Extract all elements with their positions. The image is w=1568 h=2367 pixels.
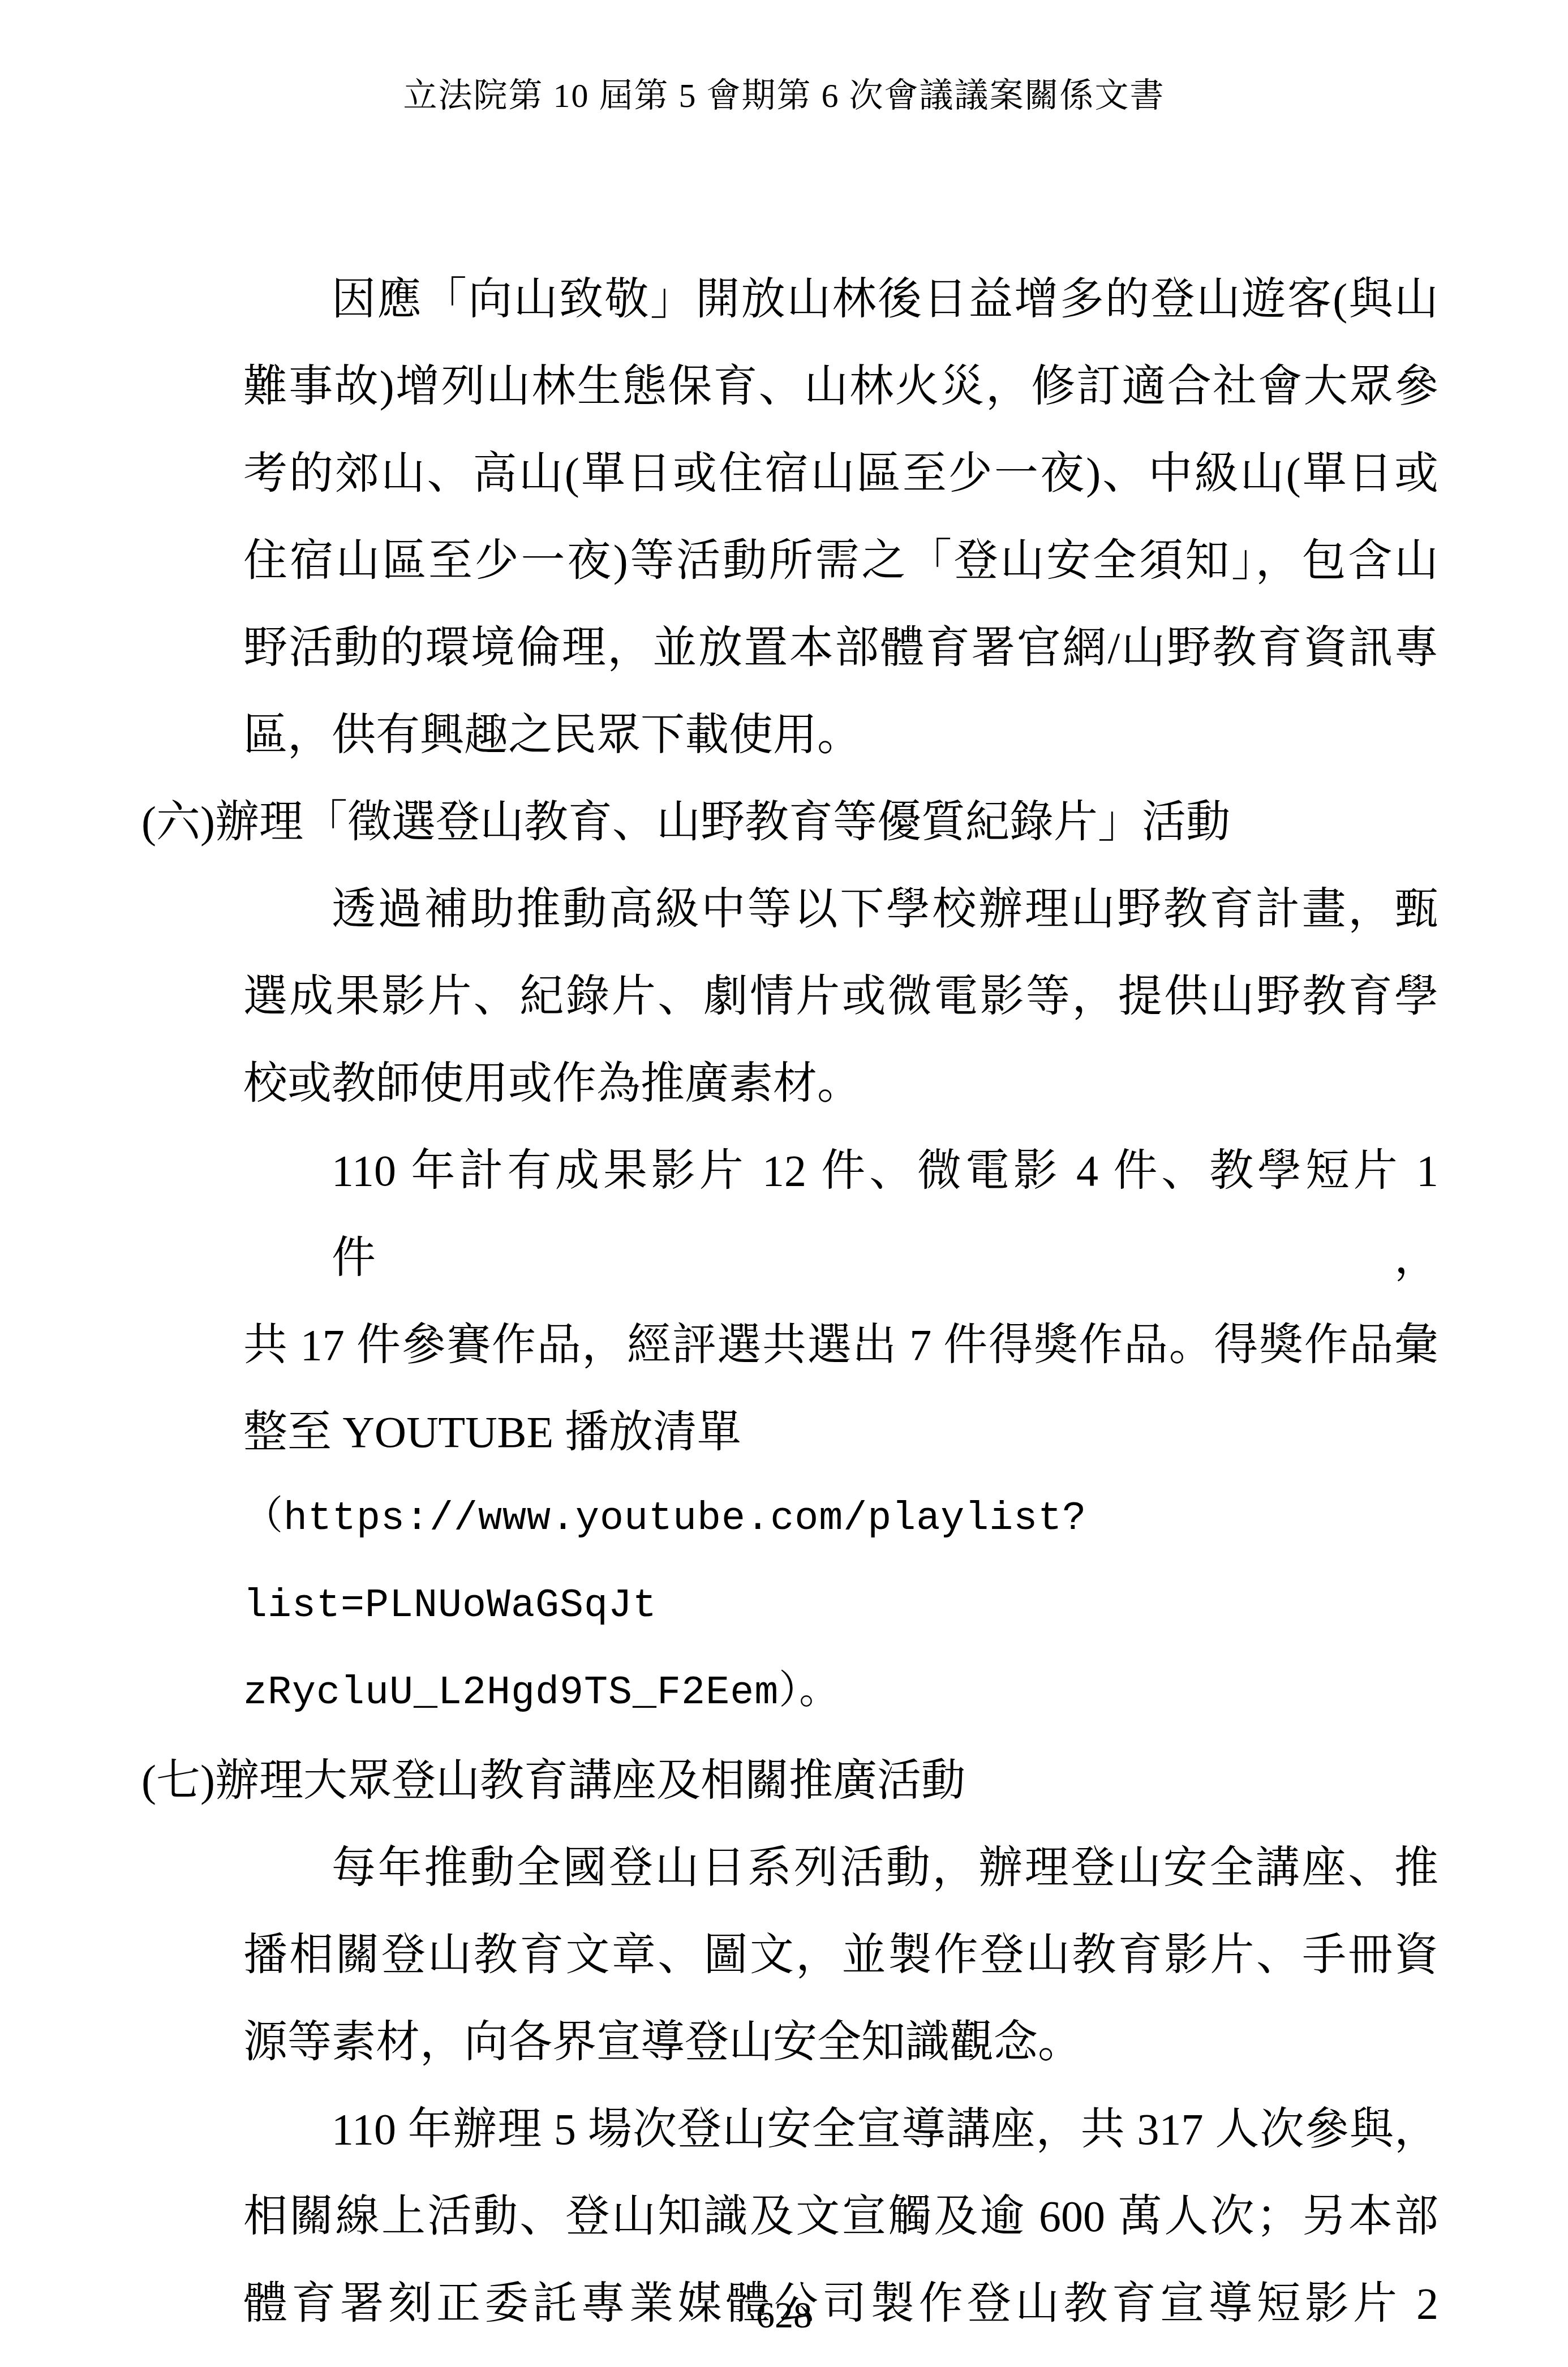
- scanned-document-page: { "header": { "title": "立法院第 10 屆第 5 會期第…: [0, 0, 1568, 2367]
- text-line: 選成果影片、紀錄片、劇情片或微電影等，提供山野教育學: [243, 953, 1438, 1040]
- section-heading-7: (七)辦理大眾登山教育講座及相關推廣活動: [141, 1737, 1438, 1824]
- text-line: 區，供有興趣之民眾下載使用。: [243, 691, 1438, 779]
- text-line: 住宿山區至少一夜)等活動所需之「登山安全須知」，包含山: [243, 517, 1438, 604]
- text-line: 因應「向山致敬」開放山林後日益增多的登山遊客(與山: [243, 256, 1438, 343]
- document-body: 因應「向山致敬」開放山林後日益增多的登山遊客(與山 難事故)增列山林生態保育、山…: [243, 256, 1438, 2347]
- text-line: 110 年計有成果影片 12 件、微電影 4 件、教學短片 1 件，: [243, 1127, 1438, 1301]
- text-line: 透過補助推動高級中等以下學校辦理山野教育計畫，甄: [243, 866, 1438, 953]
- text-line: 整至 YOUTUBE 播放清單: [243, 1389, 1438, 1476]
- text-line: 考的郊山、高山(單日或住宿山區至少一夜)、中級山(單日或: [243, 430, 1438, 517]
- text-line: 110 年辦理 5 場次登山安全宣導講座，共 317 人次參與，: [243, 2086, 1438, 2173]
- text-line: 相關線上活動、登山知識及文宣觸及逾 600 萬人次；另本部: [243, 2173, 1438, 2260]
- section-heading-6: (六)辦理「徵選登山教育、山野教育等優質紀錄片」活動: [141, 779, 1438, 866]
- text-line: 源等素材，向各界宣導登山安全知識觀念。: [243, 1999, 1438, 2086]
- page-number: 628: [0, 2293, 1568, 2338]
- text-line: 共 17 件參賽作品，經評選共選出 7 件得獎作品。得獎作品彙: [243, 1301, 1438, 1389]
- url-line: zRycluU_L2Hgd9TS_F2Eem）。: [243, 1650, 1438, 1737]
- document-header-title: 立法院第 10 屆第 5 會期第 6 次會議議案關係文書: [0, 75, 1568, 117]
- text-line: 難事故)增列山林生態保育、山林火災，修訂適合社會大眾參: [243, 343, 1438, 430]
- text-line: 播相關登山教育文章、圖文，並製作登山教育影片、手冊資: [243, 1911, 1438, 1999]
- text-line: 野活動的環境倫理，並放置本部體育署官網/山野教育資訊專: [243, 604, 1438, 691]
- text-line: 校或教師使用或作為推廣素材。: [243, 1040, 1438, 1127]
- url-line: （https://www.youtube.com/playlist?list=P…: [243, 1476, 1438, 1650]
- text-line: 每年推動全國登山日系列活動，辦理登山安全講座、推: [243, 1824, 1438, 1911]
